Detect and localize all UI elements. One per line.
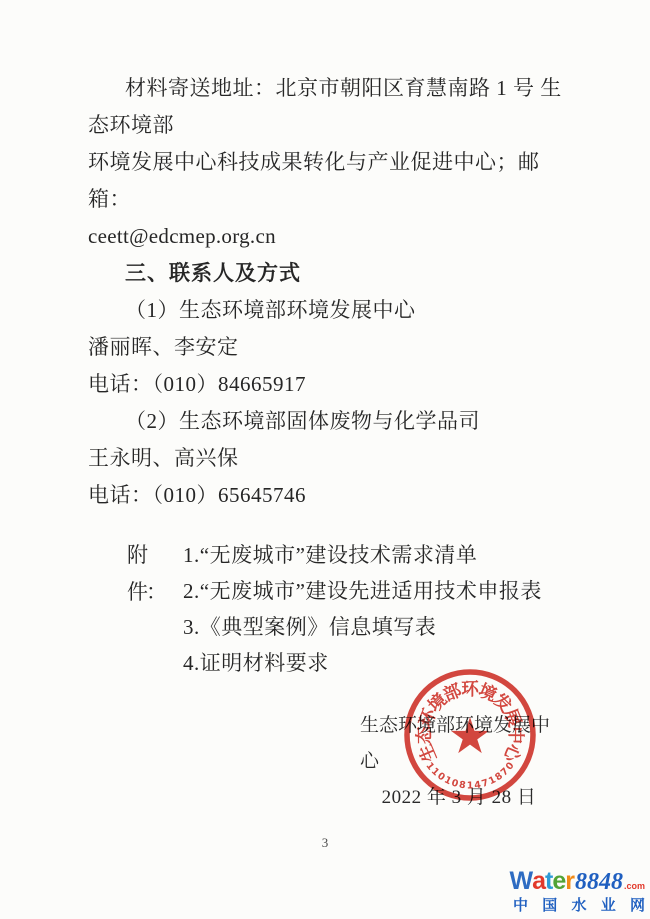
brand-letter: e — [552, 869, 565, 894]
svg-text:1: 1 — [467, 781, 474, 792]
svg-text:心: 心 — [499, 741, 525, 766]
document-body: 材料寄送地址：北京市朝阳区育慧南路 1 号 生态环境部 环境发展中心科技成果转化… — [88, 70, 566, 681]
email-address: ceett@edcmep.org.cn — [88, 218, 566, 255]
contact-2-phone: 电话：（010）65645746 — [88, 477, 566, 514]
document-page: 材料寄送地址：北京市朝阳区育慧南路 1 号 生态环境部 环境发展中心科技成果转化… — [0, 0, 650, 919]
subtitle-char: 中 — [513, 898, 528, 913]
contact-2-names: 王永明、高兴保 — [88, 440, 566, 477]
section-heading: 三、联系人及方式 — [88, 255, 566, 292]
svg-text:8: 8 — [458, 779, 467, 791]
contact-1-phone: 电话：（010）84665917 — [88, 366, 566, 403]
page-number: 3 — [0, 835, 650, 851]
brand-tld: .com — [624, 882, 645, 891]
brand-letter: W — [510, 869, 533, 894]
subtitle-char: 水 — [571, 898, 586, 913]
official-seal-icon: 生态环境部环境发展中心1101081471870 — [370, 635, 570, 835]
attachments-label: 附件： — [127, 537, 183, 611]
watermark-brand: W a t e r 8848 .com — [513, 869, 645, 894]
contact-1-names: 潘丽晖、李安定 — [88, 329, 566, 366]
subtitle-char: 业 — [601, 898, 616, 913]
contact-2-org: （2）生态环境部固体废物与化学品司 — [88, 403, 566, 440]
water8848-watermark: W a t e r 8848 .com 中 国 水 业 网 — [513, 869, 645, 913]
address-line-2: 环境发展中心科技成果转化与产业促进中心；邮箱： — [88, 144, 566, 218]
brand-letter: t — [545, 869, 552, 894]
watermark-subtitle: 中 国 水 业 网 — [513, 898, 645, 913]
subtitle-char: 国 — [542, 898, 557, 913]
brand-letter: r — [565, 869, 574, 894]
seal-star-icon — [451, 717, 489, 753]
address-line-1: 材料寄送地址：北京市朝阳区育慧南路 1 号 生态环境部 — [88, 70, 566, 144]
brand-letter: a — [532, 869, 545, 894]
subtitle-char: 网 — [630, 898, 645, 913]
contact-1-org: （1）生态环境部环境发展中心 — [88, 292, 566, 329]
brand-number: 8848 — [575, 870, 623, 894]
